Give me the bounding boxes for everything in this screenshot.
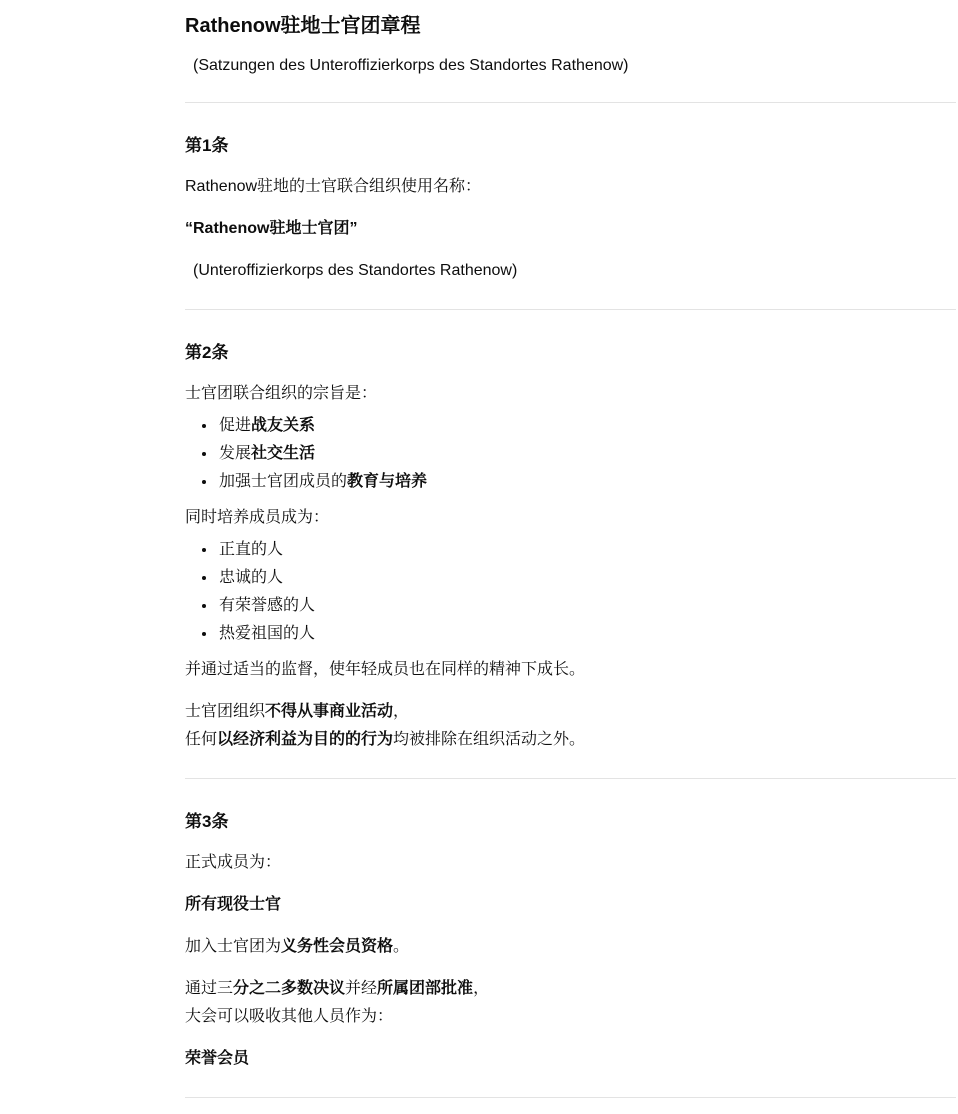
org-name: “Rathenow驻地士官团” bbox=[185, 215, 956, 243]
text-run: 加入士官团为 bbox=[185, 938, 281, 955]
list-item-bold-text: 教育与培养 bbox=[347, 473, 427, 490]
section-article-3: 第3条 正式成员为： 所有现役士官 加入士官团为义务性会员资格。 通过三分之二多… bbox=[185, 809, 956, 1073]
paragraph: Rathenow驻地的士官联合组织使用名称： bbox=[185, 173, 956, 201]
list-item: 忠诚的人 bbox=[217, 564, 956, 592]
text-run: 。 bbox=[393, 938, 409, 955]
list-item: 有荣誉感的人 bbox=[217, 592, 956, 620]
section-heading: 第3条 bbox=[185, 809, 956, 835]
section-article-1: 第1条 Rathenow驻地的士官联合组织使用名称： “Rathenow驻地士官… bbox=[185, 133, 956, 285]
section-divider bbox=[185, 309, 956, 310]
list-item: 正直的人 bbox=[217, 536, 956, 564]
paragraph: 正式成员为： bbox=[185, 849, 956, 877]
org-name-german: (Unteroffizierkorps des Standortes Rathe… bbox=[185, 257, 956, 285]
list-item: 加强士官团成员的教育与培养 bbox=[217, 468, 956, 496]
text-run: 大会可以吸收其他人员作为： bbox=[185, 1008, 393, 1025]
members-bold: 所有现役士官 bbox=[185, 891, 956, 919]
list-item: 发展社交生活 bbox=[217, 440, 956, 468]
section-heading: 第1条 bbox=[185, 133, 956, 159]
doc-title: Rathenow驻地士官团章程 bbox=[185, 12, 956, 40]
bold-run: 以经济利益为目的的行为 bbox=[217, 731, 393, 748]
doc-subtitle: (Satzungen des Unteroffizierkorps des St… bbox=[185, 54, 956, 78]
section-divider bbox=[185, 778, 956, 779]
section-heading: 第2条 bbox=[185, 340, 956, 366]
list-item: 热爱祖国的人 bbox=[217, 620, 956, 648]
purpose-list: 促进战友关系 发展社交生活 加强士官团成员的教育与培养 bbox=[185, 412, 956, 496]
text-run: 通过三 bbox=[185, 980, 233, 997]
bold-run: 所属团部批准 bbox=[377, 980, 473, 997]
list-item-bold-text: 战友关系 bbox=[251, 417, 315, 434]
honorary-bold: 荣誉会员 bbox=[185, 1045, 956, 1073]
text-run: ， bbox=[393, 703, 409, 720]
list-item: 促进战友关系 bbox=[217, 412, 956, 440]
bold-run: 义务性会员资格 bbox=[281, 938, 393, 955]
list-item-text: 加强士官团成员的 bbox=[219, 473, 347, 490]
paragraph: 加入士官团为义务性会员资格。 bbox=[185, 933, 956, 961]
list-item-text: 发展 bbox=[219, 445, 251, 462]
bold-run: 不得从事商业活动 bbox=[265, 703, 393, 720]
text-run: 均被排除在组织活动之外。 bbox=[393, 731, 585, 748]
text-run: 任何 bbox=[185, 731, 217, 748]
paragraph: 并通过适当的监督，使年轻成员也在同样的精神下成长。 bbox=[185, 656, 956, 684]
text-run: 并经 bbox=[345, 980, 377, 997]
list-item-text: 促进 bbox=[219, 417, 251, 434]
qualities-list: 正直的人 忠诚的人 有荣誉感的人 热爱祖国的人 bbox=[185, 536, 956, 648]
list-item-bold-text: 社交生活 bbox=[251, 445, 315, 462]
document: Rathenow驻地士官团章程 (Satzungen des Unteroffi… bbox=[0, 12, 958, 1098]
section-divider bbox=[185, 102, 956, 103]
paragraph: 通过三分之二多数决议并经所属团部批准， 大会可以吸收其他人员作为： bbox=[185, 975, 956, 1031]
text-run: 士官团组织 bbox=[185, 703, 265, 720]
section-article-2: 第2条 士官团联合组织的宗旨是： 促进战友关系 发展社交生活 加强士官团成员的教… bbox=[185, 340, 956, 754]
bold-run: 分之二多数决议 bbox=[233, 980, 345, 997]
paragraph: 同时培养成员成为： bbox=[185, 504, 956, 532]
section-divider bbox=[185, 1097, 956, 1098]
paragraph: 士官团组织不得从事商业活动， 任何以经济利益为目的的行为均被排除在组织活动之外。 bbox=[185, 698, 956, 754]
text-run: ， bbox=[473, 980, 489, 997]
paragraph: 士官团联合组织的宗旨是： bbox=[185, 380, 956, 408]
